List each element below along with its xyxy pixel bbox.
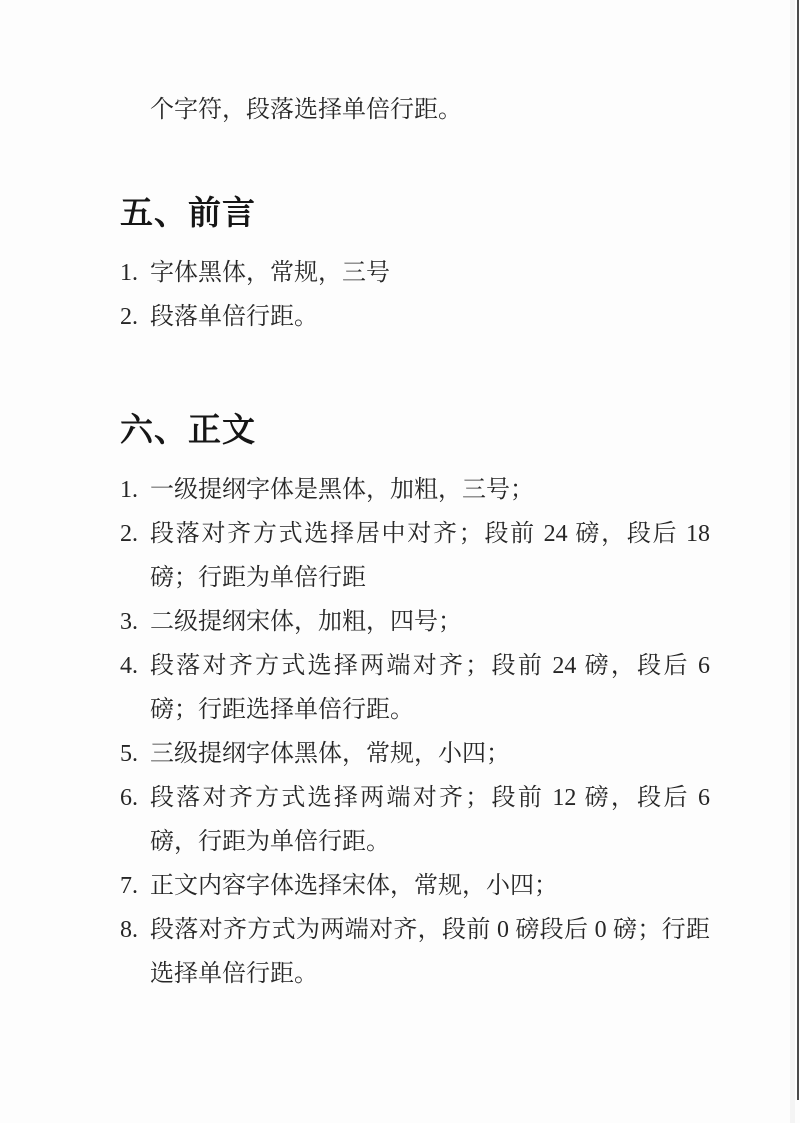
continuation-paragraph: 个字符，段落选择单倍行距。 bbox=[150, 88, 710, 133]
numbered-list-preface: 1. 字体黑体，常规，三号 2. 段落单倍行距。 bbox=[120, 251, 720, 339]
list-item: 2. 段落对齐方式选择居中对齐；段前 24 磅，段后 18 磅；行距为单倍行距 bbox=[120, 512, 720, 600]
list-item-text: 段落对齐方式选择居中对齐；段前 24 磅，段后 18 磅；行距为单倍行距 bbox=[150, 512, 710, 600]
list-item-text: 正文内容字体选择宋体，常规，小四； bbox=[150, 864, 710, 908]
list-item: 1. 字体黑体，常规，三号 bbox=[120, 251, 720, 295]
page-edge-shade bbox=[790, 0, 795, 1123]
list-item-text: 一级提纲字体是黑体，加粗，三号； bbox=[150, 468, 710, 512]
list-item: 2. 段落单倍行距。 bbox=[120, 295, 720, 339]
list-item: 3. 二级提纲宋体，加粗，四号； bbox=[120, 600, 720, 644]
list-item-text: 段落对齐方式为两端对齐，段前 0 磅段后 0 磅；行距选择单倍行距。 bbox=[150, 908, 710, 996]
list-item-text: 段落对齐方式选择两端对齐；段前 12 磅，段后 6 磅，行距为单倍行距。 bbox=[150, 776, 710, 864]
list-item: 1. 一级提纲字体是黑体，加粗，三号； bbox=[120, 468, 720, 512]
list-item-number: 4. bbox=[120, 644, 150, 688]
numbered-list-body-text: 1. 一级提纲字体是黑体，加粗，三号； 2. 段落对齐方式选择居中对齐；段前 2… bbox=[120, 468, 720, 996]
document-content: 个字符，段落选择单倍行距。 五、前言 1. 字体黑体，常规，三号 2. 段落单倍… bbox=[0, 0, 720, 996]
list-item-text: 段落单倍行距。 bbox=[150, 295, 710, 339]
section-heading-body-text: 六、正文 bbox=[120, 405, 720, 455]
list-item-number: 7. bbox=[120, 864, 150, 908]
list-item-text: 字体黑体，常规，三号 bbox=[150, 251, 710, 295]
list-item-number: 1. bbox=[120, 251, 150, 295]
list-item: 5. 三级提纲字体黑体，常规，小四； bbox=[120, 732, 720, 776]
list-item-text: 三级提纲字体黑体，常规，小四； bbox=[150, 732, 710, 776]
list-item-text: 段落对齐方式选择两端对齐；段前 24 磅，段后 6 磅；行距选择单倍行距。 bbox=[150, 644, 710, 732]
list-item-number: 2. bbox=[120, 512, 150, 556]
list-item: 8. 段落对齐方式为两端对齐，段前 0 磅段后 0 磅；行距选择单倍行距。 bbox=[120, 908, 720, 996]
list-item: 4. 段落对齐方式选择两端对齐；段前 24 磅，段后 6 磅；行距选择单倍行距。 bbox=[120, 644, 720, 732]
page-right-border bbox=[797, 0, 799, 1100]
list-item-number: 8. bbox=[120, 908, 150, 952]
document-page: 个字符，段落选择单倍行距。 五、前言 1. 字体黑体，常规，三号 2. 段落单倍… bbox=[0, 0, 800, 1123]
list-item-number: 6. bbox=[120, 776, 150, 820]
list-item: 7. 正文内容字体选择宋体，常规，小四； bbox=[120, 864, 720, 908]
list-item-number: 5. bbox=[120, 732, 150, 776]
continuation-text: 个字符，段落选择单倍行距。 bbox=[150, 97, 462, 123]
section-heading-preface: 五、前言 bbox=[120, 188, 720, 238]
list-item-number: 3. bbox=[120, 600, 150, 644]
list-item-text: 二级提纲宋体，加粗，四号； bbox=[150, 600, 710, 644]
list-item-number: 1. bbox=[120, 468, 150, 512]
list-item-number: 2. bbox=[120, 295, 150, 339]
list-item: 6. 段落对齐方式选择两端对齐；段前 12 磅，段后 6 磅，行距为单倍行距。 bbox=[120, 776, 720, 864]
